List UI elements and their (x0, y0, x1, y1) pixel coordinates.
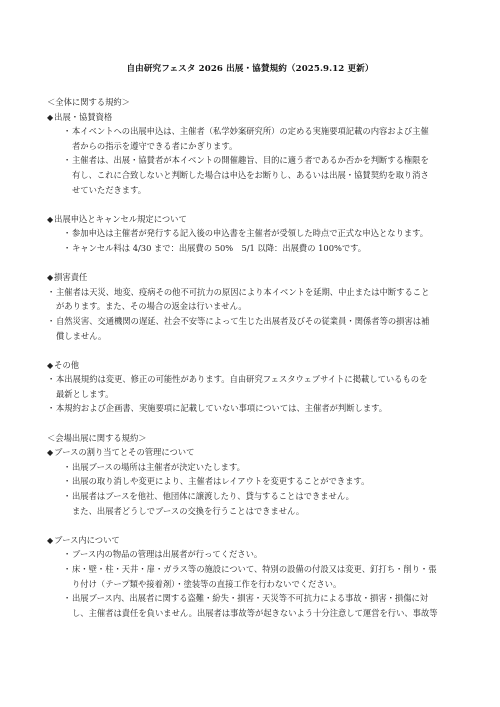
bullet-icon: ・ (63, 591, 72, 606)
bullet-icon: ・ (63, 562, 72, 577)
bullet-icon: ・ (47, 285, 56, 300)
bullet-continuation: また、出展者どうしでブースの交換を行うことはできません。 (47, 504, 467, 519)
bullet-line: ・出展者はブースを他社、他団体に譲渡したり、貸与することはできません。 (47, 489, 467, 504)
heading-liability: ◆損害責任 (47, 270, 467, 285)
bullet-icon: ・ (63, 241, 72, 256)
bullet-continuation: し、主催者は責任を負いません。出展者は事故等が起きないよう十分注意して運営を行い… (47, 606, 467, 621)
bullet-line: ・床・壁・柱・天井・扉・ガラス等の施設について、特別の設備の付設又は変更、釘打ち… (47, 562, 467, 577)
bullet-continuation: 有し、これに合致しないと判断した場合は申込をお断りし、あるいは出展・協賛契約を取… (47, 168, 467, 183)
bullet-continuation: 最新とします。 (47, 387, 467, 402)
bullet-icon: ・ (47, 314, 56, 329)
bullet-icon: ・ (63, 226, 72, 241)
diamond-icon: ◆ (47, 448, 53, 457)
document-body: ＜全体に関する規約＞ ◆出展・協賛資格 ・本イベントへの出展申込は、主催者（私学… (47, 95, 467, 620)
heading-other: ◆その他 (47, 358, 467, 373)
bullet-line: ・キャンセル料は 4/30 まで：出展費の 50% 5/1 以降：出展費の 10… (47, 241, 467, 256)
bullet-icon: ・ (63, 474, 72, 489)
bullet-continuation: り付け（テープ類や接着剤）・塗装等の直接工作を行わないでください。 (47, 577, 467, 592)
diamond-icon: ◆ (47, 273, 53, 282)
diamond-icon: ◆ (47, 215, 53, 224)
bullet-line: ・出展の取り消しや変更により、主催者はレイアウトを変更することができます。 (47, 474, 467, 489)
spacer (47, 197, 467, 212)
spacer (47, 343, 467, 358)
heading-cancellation: ◆出展申込とキャンセル規定について (47, 212, 467, 227)
spacer (47, 256, 467, 271)
bullet-line: ・自然災害、交通機関の遅延、社会不安等によって生じた出展者及びその従業員・関係者… (47, 314, 467, 329)
bullet-line: ・本出展規約は変更、修正の可能性があります。自由研究フェスタウェブサイトに掲載し… (47, 372, 467, 387)
bullet-line: ・出展ブースの場所は主催者が決定いたします。 (47, 460, 467, 475)
bullet-icon: ・ (47, 372, 56, 387)
bullet-line: ・本イベントへの出展申込は、主催者（私学妙案研究所）の定める実施要項記載の内容お… (47, 124, 467, 139)
spacer (47, 416, 467, 431)
bullet-continuation: があります。また、その場合の返金は行いません。 (47, 299, 467, 314)
spacer (47, 518, 467, 533)
bullet-icon: ・ (63, 489, 72, 504)
diamond-icon: ◆ (47, 536, 53, 545)
heading-booth-allocation: ◆ブースの割り当てとその管理について (47, 445, 467, 460)
bullet-icon: ・ (63, 547, 72, 562)
heading-eligibility: ◆出展・協賛資格 (47, 110, 467, 125)
document-page: 自由研究フェスタ 2026 出展・協賛規約（2025.9.12 更新） ＜全体に… (0, 0, 500, 707)
bullet-icon: ・ (63, 124, 72, 139)
bullet-line: ・主催者は、出展・協賛者が本イベントの開催趣旨、目的に適う者であるか否かを判断す… (47, 153, 467, 168)
bullet-line: ・ブース内の物品の管理は出展者が行ってください。 (47, 547, 467, 562)
bullet-line: ・本規約および企画書、実施要項に記載していない事項については、主催者が判断します… (47, 401, 467, 416)
bullet-icon: ・ (63, 153, 72, 168)
document-title: 自由研究フェスタ 2026 出展・協賛規約（2025.9.12 更新） (0, 62, 500, 74)
bullet-continuation: せていただきます。 (47, 183, 467, 198)
diamond-icon: ◆ (47, 113, 53, 122)
bullet-icon: ・ (47, 401, 56, 416)
section-title-venue: ＜会場出展に関する規約＞ (47, 431, 467, 446)
diamond-icon: ◆ (47, 361, 53, 370)
bullet-icon: ・ (63, 460, 72, 475)
bullet-line: ・参加申込は主催者が発行する記入後の申込書を主催者が受領した時点で正式な申込とな… (47, 226, 467, 241)
bullet-continuation: 償しません。 (47, 329, 467, 344)
bullet-continuation: 者からの指示を遵守できる者にかぎります。 (47, 139, 467, 154)
bullet-line: ・出展ブース内、出展者に関する盗難・紛失・損害・天災等不可抗力による事故・損害・… (47, 591, 467, 606)
heading-inside-booth: ◆ブース内について (47, 533, 467, 548)
section-title-general: ＜全体に関する規約＞ (47, 95, 467, 110)
bullet-line: ・主催者は天災、地変、疫病その他不可抗力の原因により本イベントを延期、中止または… (47, 285, 467, 300)
